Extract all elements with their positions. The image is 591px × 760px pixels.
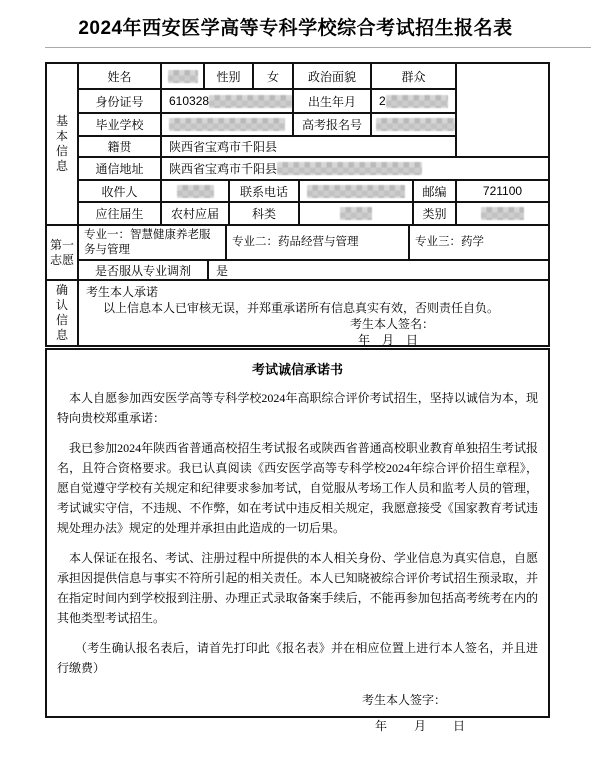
title-divider: [45, 47, 591, 48]
gender-value: 女: [252, 64, 292, 88]
pledge-title: 考试诚信承诺书: [57, 360, 538, 380]
basic-info-section: 基本信息 姓名 性别 女 政治面貌 群众 身份证号: [47, 64, 548, 224]
recipient-label: 收件人: [79, 181, 160, 201]
birth-date-prefix: 2: [379, 94, 386, 108]
table-row-id: 身份证号 610328 出生年月 2: [79, 88, 455, 112]
native-place-value: 陕西省宝鸡市千阳县: [160, 137, 455, 156]
school-value: [160, 114, 292, 135]
pledge-date-year: 年: [375, 716, 387, 736]
phone-label: 联系电话: [228, 181, 298, 201]
school-redacted: [169, 118, 285, 131]
table-row-address: 通信地址 陕西省宝鸡市千阳县: [79, 156, 548, 179]
adjustment-label: 是否服从专业调剂: [79, 261, 207, 279]
id-number-label: 身份证号: [79, 90, 160, 112]
page-title: 2024年西安医学高等专科学校综合考试招生报名表: [0, 13, 591, 40]
birth-date-label: 出生年月: [292, 90, 370, 112]
confirm-statement: 以上信息本人已审核无误，并郑重承诺所有信息真实有效，否则责任自负。: [79, 300, 548, 316]
pledge-date-line: 年 月 日: [375, 716, 538, 736]
gaokao-number-value: [370, 114, 455, 135]
pledge-paragraph-1: 本人自愿参加西安医学高等专科学校2024年高职综合评价考试招生，坚持以诚信为本，…: [57, 388, 538, 428]
major3-value: 专业三：药学: [408, 226, 548, 259]
birth-date-redacted: [386, 95, 448, 108]
basic-info-section-label: 基本信息: [55, 114, 69, 174]
basic-info-section-header: 基本信息: [47, 64, 79, 224]
confirm-section: 确认信息 考生本人承诺 以上信息本人已审核无误，并郑重承诺所有信息真实有效，否则…: [47, 279, 548, 345]
pledge-date-month: 月: [414, 716, 426, 736]
table-row-status: 应往届生 农村应届 科类 类别: [79, 201, 548, 224]
photo-box: [455, 64, 548, 156]
name-value: [160, 64, 203, 88]
id-number-redacted: [209, 95, 292, 108]
school-label: 毕业学校: [79, 114, 160, 135]
table-row-majors: 专业一：智慧健康养老服务与管理 专业二：药品经营与管理 专业三：药学: [79, 226, 548, 259]
address-label: 通信地址: [79, 158, 160, 179]
address-redacted: [277, 162, 422, 175]
first-choice-section-header: 第一志愿: [47, 226, 79, 279]
gaokao-number-label: 高考报名号: [292, 114, 370, 135]
confirm-promise-line: 考生本人承诺: [79, 284, 548, 300]
address-prefix: 陕西省宝鸡市千阳县: [169, 160, 277, 177]
name-label: 姓名: [79, 64, 160, 88]
subject-type-value: [298, 203, 412, 224]
political-status-value: 群众: [370, 64, 455, 88]
gaokao-number-redacted: [376, 118, 455, 131]
status-value: 农村应届: [160, 203, 228, 224]
birth-date-value: 2: [370, 90, 455, 112]
pledge-note: （考生确认报名表后，请首先打印此《报名表》并在相应位置上进行本人签名，并且进行缴…: [57, 638, 538, 678]
phone-redacted: [307, 185, 405, 198]
confirm-section-label: 确认信息: [55, 283, 69, 343]
pledge-date-day: 日: [453, 716, 465, 736]
phone-value: [298, 181, 412, 201]
status-label: 应往届生: [79, 203, 160, 224]
political-status-label: 政治面貌: [292, 64, 370, 88]
name-value-redacted: [168, 70, 198, 83]
pledge-paragraph-2: 我已参加2024年陕西省普通高校招生考试报名或陕西省普通高校职业教育单独招生考试…: [57, 438, 538, 538]
table-row-school: 毕业学校 高考报名号: [79, 112, 455, 135]
major1-value: 专业一：智慧健康养老服务与管理: [79, 226, 225, 259]
postcode-value: 721100: [455, 181, 548, 201]
pledge-paragraph-3: 本人保证在报名、考试、注册过程中所提供的本人相关身份、学业信息为真实信息，自愿承…: [57, 548, 538, 628]
table-row-native-place: 籍贯 陕西省宝鸡市千阳县: [79, 135, 455, 156]
confirm-section-header: 确认信息: [47, 281, 79, 345]
major2-value: 专业二：药品经营与管理: [225, 226, 408, 259]
postcode-label: 邮编: [412, 181, 455, 201]
subject-type-redacted: [340, 207, 372, 220]
recipient-value: [160, 181, 228, 201]
subject-type-label: 科类: [228, 203, 298, 224]
table-row-name: 姓名 性别 女 政治面貌 群众: [79, 64, 455, 88]
category-value: [455, 203, 548, 224]
recipient-redacted: [177, 185, 214, 198]
first-choice-section: 第一志愿 专业一：智慧健康养老服务与管理 专业二：药品经营与管理 专业三：药学 …: [47, 224, 548, 279]
integrity-pledge-box: 考试诚信承诺书 本人自愿参加西安医学高等专科学校2024年高职综合评价考试招生，…: [45, 348, 550, 718]
category-label: 类别: [412, 203, 455, 224]
form-table: 基本信息 姓名 性别 女 政治面貌 群众 身份证号: [45, 62, 550, 347]
table-row-recipient: 收件人 联系电话 邮编 721100: [79, 179, 548, 201]
confirm-content: 考生本人承诺 以上信息本人已审核无误，并郑重承诺所有信息真实有效，否则责任自负。…: [79, 281, 548, 345]
address-value: 陕西省宝鸡市千阳县: [160, 158, 548, 179]
pledge-sign-label: 考生本人签字：: [362, 690, 538, 710]
confirm-date-label: 年 月 日: [79, 332, 548, 348]
confirm-sign-label: 考生本人签名：: [79, 316, 548, 332]
category-redacted: [481, 207, 524, 220]
basic-rows-with-photo: 姓名 性别 女 政治面貌 群众 身份证号 610328 出生年月 2: [79, 64, 548, 156]
first-choice-section-label: 第一志愿: [49, 238, 75, 268]
table-row-adjustment: 是否服从专业调剂 是: [79, 259, 548, 279]
registration-form: 基本信息 姓名 性别 女 政治面貌 群众 身份证号: [45, 62, 550, 718]
native-place-label: 籍贯: [79, 137, 160, 156]
adjustment-value: 是: [207, 261, 548, 279]
id-number-value: 610328: [160, 90, 292, 112]
id-number-prefix: 610328: [169, 94, 209, 108]
gender-label: 性别: [203, 64, 252, 88]
